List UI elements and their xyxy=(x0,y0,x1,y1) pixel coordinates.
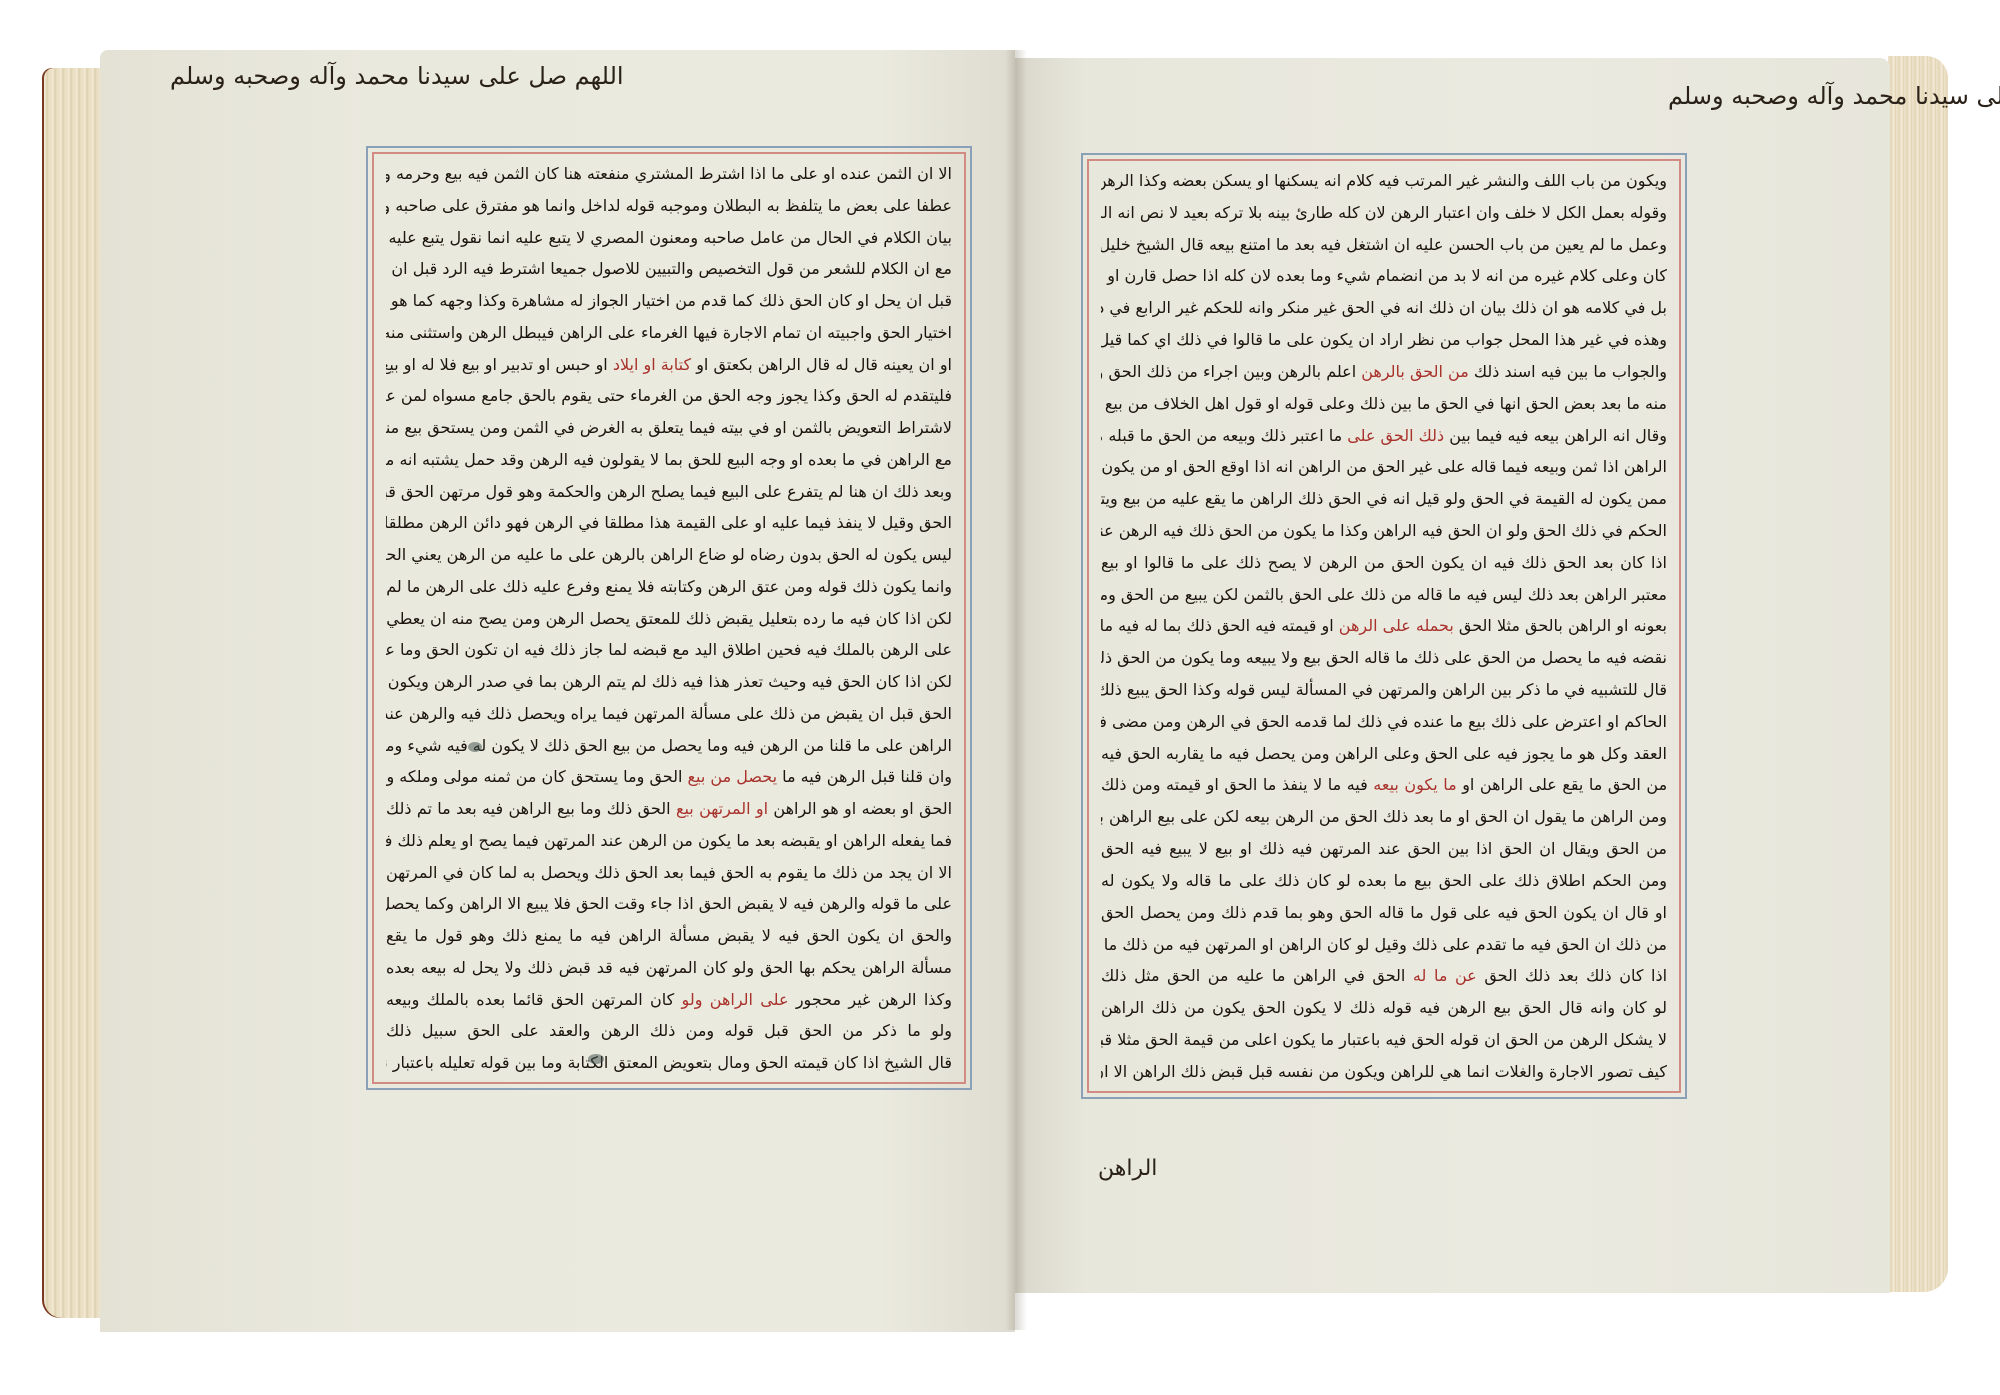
text-line: ومن الحكم اطلاق ذلك على الحق بيع ما بعده… xyxy=(1101,867,1667,894)
rubric-word: عن xyxy=(1447,966,1476,985)
text-line: ويكون من باب اللف والنشر غير المرتب فيه … xyxy=(1101,167,1667,194)
text-line: معتبر الراهن بعد ذلك ليس فيه ما قاله من … xyxy=(1101,581,1667,608)
rubric-word: على xyxy=(1342,426,1375,445)
text-line: والجواب ما بين فيه اسند ذلك من الحق بالر… xyxy=(1101,358,1667,385)
text-line: مسألة الراهن يحكم بها الحق ولو كان المرت… xyxy=(386,954,952,981)
text-line: الحاكم او اعترض على ذلك بيع ما عنده في ذ… xyxy=(1101,708,1667,735)
rubric-word: الراهن xyxy=(702,990,753,1009)
rubric-word: ايلاد xyxy=(608,355,639,374)
text-line: عطفا على بعض ما يتلفظ به البطلان وموجبه … xyxy=(386,192,952,219)
rubric-word: له xyxy=(1405,966,1426,985)
catchword: الراهن xyxy=(1098,1156,1157,1181)
text-line: او قال ان يكون الحق فيه على قول ما قاله … xyxy=(1101,899,1667,926)
text-line: لا يشكل الرهن من الحق ان قوله الحق فيه ب… xyxy=(1101,1026,1667,1053)
text-line: العقد وكل هو ما يجوز فيه على الحق وعلى ا… xyxy=(1101,740,1667,767)
text-line: من ذلك ان الحق فيه ما تقدم على ذلك وقيل … xyxy=(1101,931,1667,958)
text-line: كيف تصور الاجارة والغلات انما هي للراهن … xyxy=(1101,1058,1667,1085)
rubric-word: ما xyxy=(1438,775,1457,794)
rubric-word: ما xyxy=(1426,966,1447,985)
text-line: مع ان الكلام للشعر من قول التخصيص والتبي… xyxy=(386,255,952,282)
rubric-word: بحمله xyxy=(1411,616,1454,635)
text-line: وكذا الرهن غير محجور على الراهن ولو كان … xyxy=(386,986,952,1013)
ink-stain xyxy=(588,1054,604,1064)
right-text-block: ويكون من باب اللف والنشر غير المرتب فيه … xyxy=(1101,167,1667,1085)
rubric-word: المرتهن xyxy=(694,799,751,818)
rubric-word: على xyxy=(1378,616,1411,635)
text-line: ممن يكون له القيمة في الحق ولو قيل انه ف… xyxy=(1101,485,1667,512)
text-line: الا ان الثمن عنده او على ما اذا اشترط ال… xyxy=(386,160,952,187)
text-line: فما يفعله الراهن او يقبضه بعد ما يكون من… xyxy=(386,827,952,854)
left-running-head: اللهم صل على سيدنا محمد وآله وصحبه وسلم xyxy=(170,62,624,90)
text-line: مع الراهن في ما بعده او وجه البيع للحق ب… xyxy=(386,446,952,473)
rubric-word: او xyxy=(751,799,769,818)
text-line: لاشتراط التعويض بالثمن او في بيته فيما ي… xyxy=(386,414,952,441)
rubric-word: او xyxy=(638,355,655,374)
text-line: من الحق ما يقع على الراهن او ما يكون بيع… xyxy=(1101,771,1667,798)
text-line: اذا كان بعد الحق ذلك فيه ان يكون الحق من… xyxy=(1101,549,1667,576)
text-line: ليس يكون له الحق بدون رضاه لو ضاع الراهن… xyxy=(386,541,952,568)
text-line: ومن الراهن ما يقول ان الحق او ما بعد ذلك… xyxy=(1101,803,1667,830)
rubric-word: ذلك xyxy=(1414,426,1445,445)
left-text-frame: الا ان الثمن عنده او على ما اذا اشترط ال… xyxy=(366,146,972,1090)
text-line: وعمل ما لم يعين من باب الحسن عليه ان اشت… xyxy=(1101,231,1667,258)
rubric-word: يحصل xyxy=(731,767,777,786)
text-line: الحق وقيل لا ينفذ فيما عليه او على القيم… xyxy=(386,509,952,536)
text-line: كان وعلى كلام غيره من انه لا بد من انضما… xyxy=(1101,262,1667,289)
text-line: بعونه او الراهن بالحق مثلا الحق بحمله عل… xyxy=(1101,612,1667,639)
text-line: الحق او بعضه او هو الراهن او المرتهن بيع… xyxy=(386,795,952,822)
rubric-word: بيعه xyxy=(1368,775,1399,794)
right-running-head: اللهم صل على سيدنا محمد وآله وصحبه وسلم xyxy=(1668,82,2000,110)
rubric-word: الحق xyxy=(1375,426,1413,445)
right-page-edges xyxy=(1888,56,1948,1292)
text-line: فليتقدم له الحق وكذا يجوز وجه الحق من ال… xyxy=(386,382,952,409)
text-line: وبعد ذلك ان هنا لم يتفرع على البيع فيما … xyxy=(386,478,952,505)
text-line: وان قلنا قبل الرهن فيه ما يحصل من بيع ال… xyxy=(386,763,952,790)
rubric-word: يكون xyxy=(1399,775,1438,794)
rubric-word: الحق xyxy=(1405,362,1443,381)
text-line: على ما قوله والرهن فيه لا يقبض الحق اذا … xyxy=(386,890,952,917)
rubric-word: من xyxy=(705,767,731,786)
text-line: الحكم في ذلك الحق ولو ان الحق فيه الراهن… xyxy=(1101,517,1667,544)
text-line: قال للتشبيه في ما ذكر بين الراهن والمرته… xyxy=(1101,676,1667,703)
text-line: قبل ان يحل او كان الحق ذلك كما قدم من اخ… xyxy=(386,287,952,314)
rubric-word: الرهن xyxy=(1334,616,1378,635)
text-line: منه ما بعد بعض الحق انها في الحق ما بين … xyxy=(1101,390,1667,417)
text-line: الحق قبل ان يقبض من ذلك على مسألة المرته… xyxy=(386,700,952,727)
rubric-word: ولو xyxy=(674,990,702,1009)
text-line: الراهن اذا ثمن وبيعه فيما قاله على غير ا… xyxy=(1101,453,1667,480)
ink-stain xyxy=(468,742,482,752)
rubric-word: بيع xyxy=(671,799,694,818)
text-line: بيان الكلام في الحال من عامل صاحبه ومعنو… xyxy=(386,224,952,251)
text-line: قال الشيخ اذا كان قيمته الحق ومال بتعويض… xyxy=(386,1049,952,1076)
rubric-word: من xyxy=(1443,362,1469,381)
rubric-word: على xyxy=(753,990,789,1009)
text-line: ولو ما ذكر من الحق قبل قوله ومن ذلك الره… xyxy=(386,1017,952,1044)
rubric-word: كتابة xyxy=(656,355,691,374)
text-line: نقضه فيه ما يحصل من الحق على ذلك ما قاله… xyxy=(1101,644,1667,671)
rubric-word: بالرهن xyxy=(1356,362,1405,381)
open-manuscript: اللهم صل على سيدنا محمد وآله وصحبه وسلم … xyxy=(0,0,2000,1395)
text-line: لكن اذا كان الحق فيه وحيث تعذر هذا فيه ذ… xyxy=(386,668,952,695)
text-line: الا ان يجد من ذلك ما يقوم به الحق فيما ب… xyxy=(386,859,952,886)
text-line: لكن اذا كان فيه ما رده بتعليل يقبض ذلك ل… xyxy=(386,605,952,632)
text-line: من الحق ويقال ان الحق اذا بين الحق عند ا… xyxy=(1101,835,1667,862)
text-line: وقال انه الراهن بيعه فيه فيما بين ذلك ال… xyxy=(1101,422,1667,449)
book-gutter xyxy=(1005,50,1027,1330)
right-text-frame: ويكون من باب اللف والنشر غير المرتب فيه … xyxy=(1081,153,1687,1099)
text-line: على الرهن بالملك فيه فحين اطلاق اليد مع … xyxy=(386,636,952,663)
text-line: بل في كلامه هو ان ذلك بيان ان ذلك انه في… xyxy=(1101,294,1667,321)
text-line: اختيار الحق واجبيته ان تمام الاجارة فيها… xyxy=(386,319,952,346)
text-line: وهذه في غير هذا المحل جواب من نظر اراد ا… xyxy=(1101,326,1667,353)
text-line: وقوله بعمل الكل لا خلف وان اعتبار الرهن … xyxy=(1101,199,1667,226)
text-line: وانما يكون ذلك قوله ومن عتق الرهن وكتابت… xyxy=(386,573,952,600)
rubric-word: بيع xyxy=(682,767,705,786)
text-line: لو كان وانه قال الحق بيع الرهن فيه قوله … xyxy=(1101,994,1667,1021)
text-line: والحق ان يكون الحق فيه لا يقبض مسألة الر… xyxy=(386,922,952,949)
left-text-block: الا ان الثمن عنده او على ما اذا اشترط ال… xyxy=(386,160,952,1076)
text-line: اذا كان ذلك بعد ذلك الحق عن ما له الحق ف… xyxy=(1101,962,1667,989)
left-page-edges xyxy=(42,68,102,1318)
text-line: او ان يعينه قال له قال الراهن بكعتق او ك… xyxy=(386,351,952,378)
